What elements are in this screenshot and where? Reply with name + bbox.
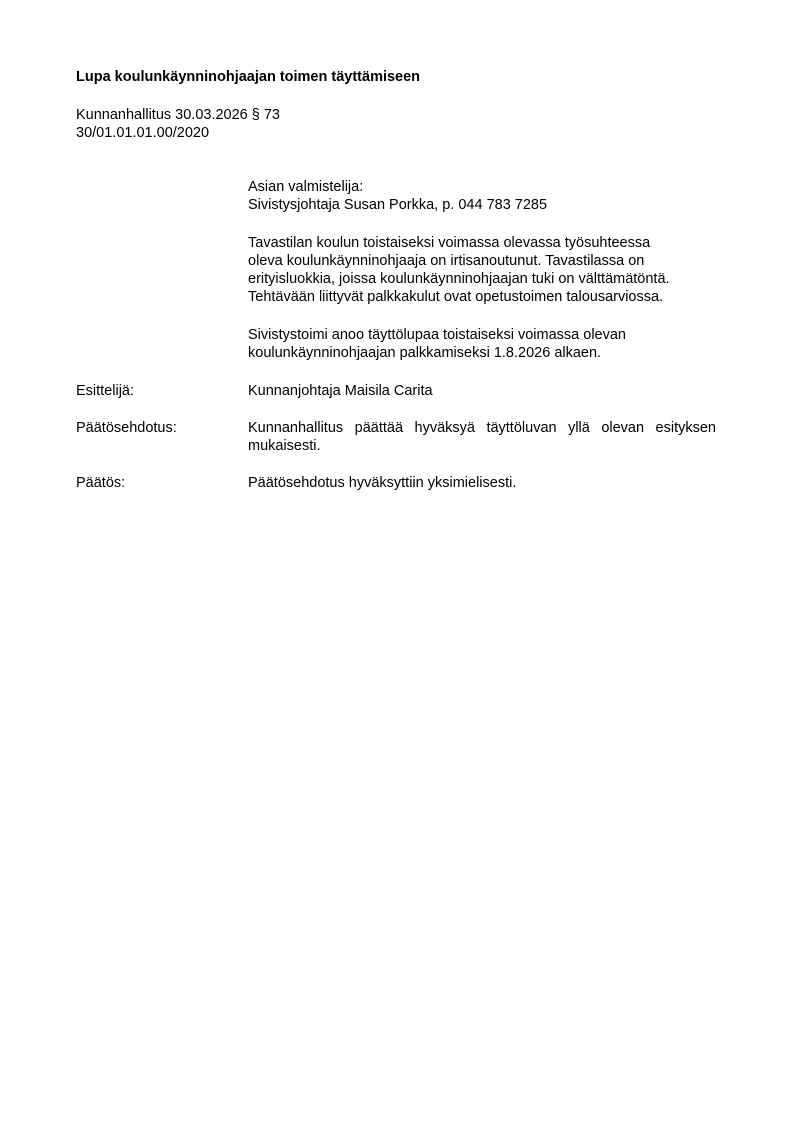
preparer-value: Sivistysjohtaja Susan Porkka, p. 044 783…	[248, 196, 716, 214]
paragraph-line: Sivistystoimi anoo täyttölupaa toistaise…	[248, 326, 716, 344]
preparer-label: Asian valmistelija:	[248, 178, 716, 196]
document-title: Lupa koulunkäynninohjaajan toimen täyttä…	[76, 68, 420, 86]
paragraph-vacancy: Tavastilan koulun toistaiseksi voimassa …	[248, 234, 716, 306]
preparer-block: Asian valmistelija: Sivistysjohtaja Susa…	[248, 178, 716, 214]
proposal-line: Kunnanhallitus päättää hyväksyä täyttölu…	[248, 419, 716, 437]
proposal-label: Päätösehdotus:	[76, 419, 177, 437]
record-number: 30/01.01.01.00/2020	[76, 124, 280, 142]
paragraph-request: Sivistystoimi anoo täyttölupaa toistaise…	[248, 326, 716, 362]
decision-value: Päätösehdotus hyväksyttiin yksimielisest…	[248, 474, 716, 492]
paragraph-line: koulunkäynninohjaajan palkkamiseksi 1.8.…	[248, 344, 716, 362]
document-page: Lupa koulunkäynninohjaajan toimen täyttä…	[0, 0, 794, 1122]
paragraph-line: Tavastilan koulun toistaiseksi voimassa …	[248, 234, 716, 252]
decision-label: Päätös:	[76, 474, 125, 492]
presenter-line: Kunnanjohtaja Maisila Carita	[248, 382, 716, 400]
paragraph-line: oleva koulunkäynninohjaaja on irtisanout…	[248, 252, 716, 270]
paragraph-line: Tehtävään liittyvät palkkakulut ovat ope…	[248, 288, 716, 306]
paragraph-line: erityisluokkia, joissa koulunkäynninohja…	[248, 270, 716, 288]
presenter-value: Kunnanjohtaja Maisila Carita	[248, 382, 716, 400]
decision-line: Päätösehdotus hyväksyttiin yksimielisest…	[248, 474, 716, 492]
meeting-meta: Kunnanhallitus 30.03.2026 § 73 30/01.01.…	[76, 106, 280, 142]
proposal-line: mukaisesti.	[248, 437, 716, 455]
meeting-reference: Kunnanhallitus 30.03.2026 § 73	[76, 106, 280, 124]
presenter-label: Esittelijä:	[76, 382, 134, 400]
proposal-value: Kunnanhallitus päättää hyväksyä täyttölu…	[248, 419, 716, 455]
